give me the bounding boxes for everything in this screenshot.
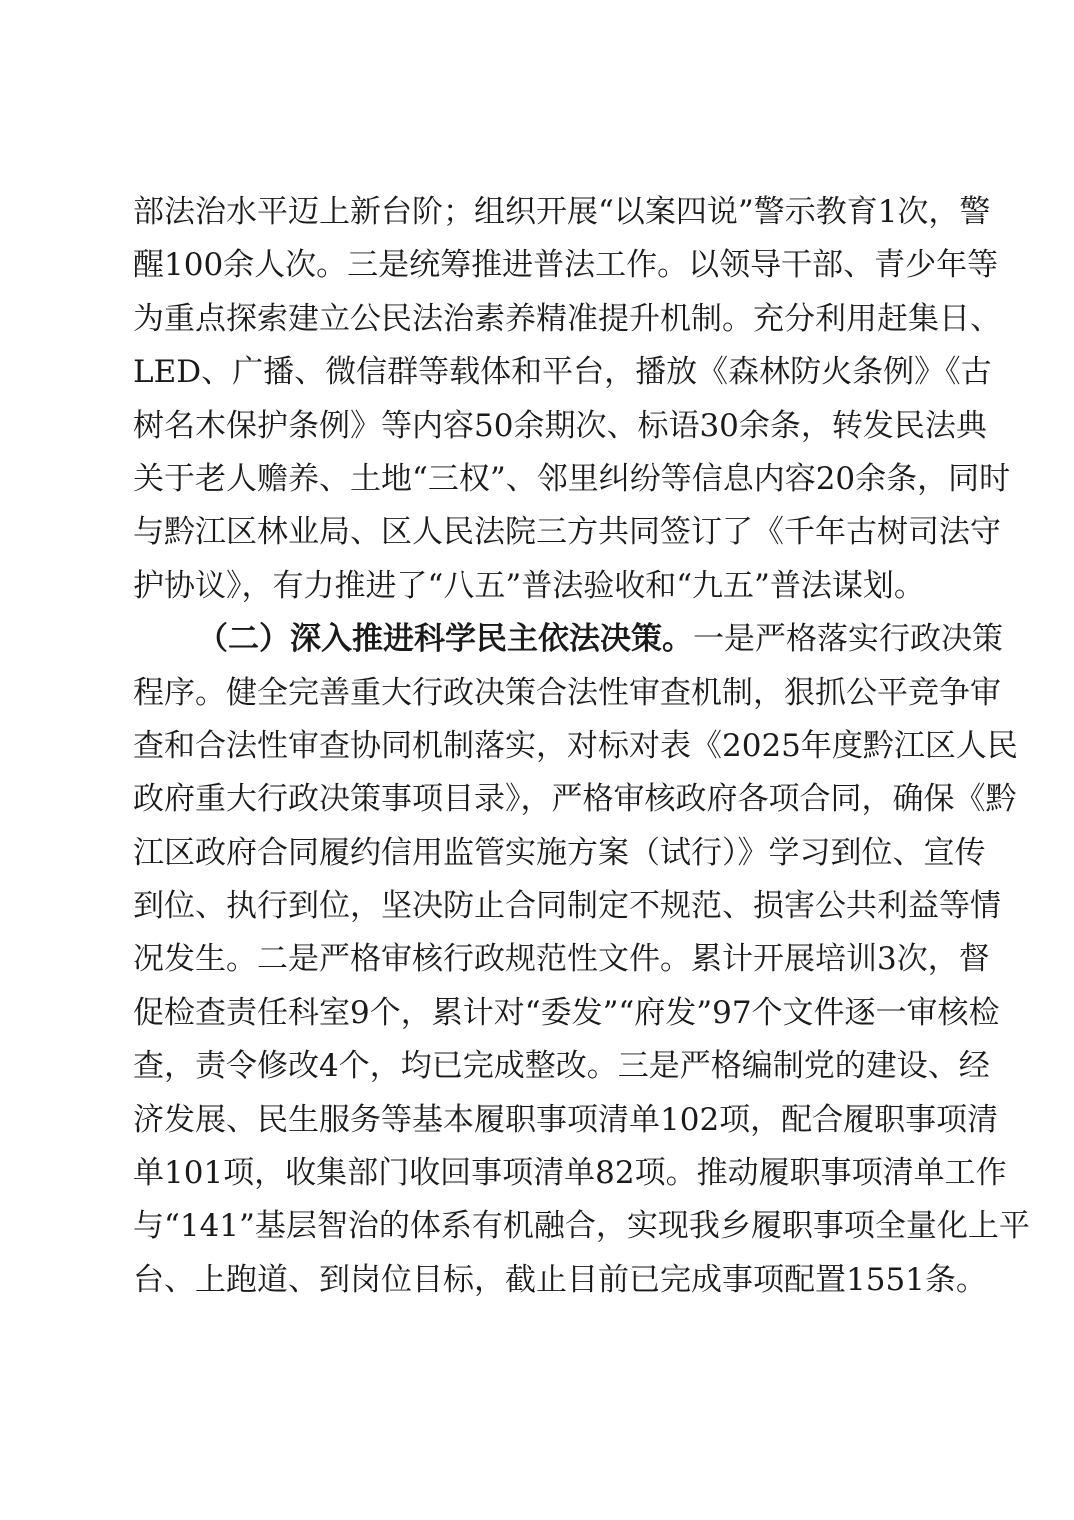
text-line: 台、上跑道、到岗位目标，截止目前已完成事项配置1551条。 xyxy=(133,1254,945,1307)
paragraph-2: （二）深入推进科学民主依法决策。一是严格落实行政决策 程序。健全完善重大行政决策… xyxy=(133,613,945,1307)
text-line: 与“141”基层智治的体系有机融合，实现我乡履职事项全量化上平 xyxy=(133,1200,945,1253)
text-line: 树名木保护条例》等内容50余期次、标语30余条，转发民法典 xyxy=(133,400,945,453)
paragraph-1: 部法治水平迈上新台阶；组织开展“以案四说”警示教育1次，警 醒100余人次。三是… xyxy=(133,186,945,613)
text-line: 促检查责任科室9个，累计对“委发”“府发”97个文件逐一审核检 xyxy=(133,987,945,1040)
text-line: 到位、执行到位，坚决防止合同制定不规范、损害公共利益等情 xyxy=(133,880,945,933)
text-line: 查和合法性审查协同机制落实，对标对表《2025年度黔江区人民 xyxy=(133,720,945,773)
text-line: 况发生。二是严格审核行政规范性文件。累计开展培训3次，督 xyxy=(133,933,945,986)
text-line: 单101项，收集部门收回事项清单82项。推动履职事项清单工作 xyxy=(133,1147,945,1200)
text-line: 与黔江区林业局、区人民法院三方共同签订了《千年古树司法守 xyxy=(133,506,945,559)
text-line: 为重点探索建立公民法治素养精准提升机制。充分利用赶集日、 xyxy=(133,293,945,346)
text-line: LED、广播、微信群等载体和平台，播放《森林防火条例》《古 xyxy=(133,346,945,399)
document-page: 部法治水平迈上新台阶；组织开展“以案四说”警示教育1次，警 醒100余人次。三是… xyxy=(133,186,945,1307)
text-line: 查，责令修改4个，均已完成整改。三是严格编制党的建设、经 xyxy=(133,1040,945,1093)
section-heading-rest: 一是严格落实行政决策 xyxy=(693,621,1003,657)
text-line: 关于老人赡养、土地“三权”、邻里纠纷等信息内容20余条，同时 xyxy=(133,453,945,506)
text-line: 江区政府合同履约信用监管实施方案（试行）》学习到位、宣传 xyxy=(133,827,945,880)
text-line: 醒100余人次。三是统筹推进普法工作。以领导干部、青少年等 xyxy=(133,239,945,292)
section-heading: （二）深入推进科学民主依法决策。 xyxy=(197,621,693,657)
text-line: 部法治水平迈上新台阶；组织开展“以案四说”警示教育1次，警 xyxy=(133,186,945,239)
text-line: 政府重大行政决策事项目录》，严格审核政府各项合同，确保《黔 xyxy=(133,773,945,826)
text-line: 济发展、民生服务等基本履职事项清单102项，配合履职事项清 xyxy=(133,1094,945,1147)
text-line: 程序。健全完善重大行政决策合法性审查机制，狠抓公平竞争审 xyxy=(133,667,945,720)
section-heading-line: （二）深入推进科学民主依法决策。一是严格落实行政决策 xyxy=(133,613,945,666)
text-line: 护协议》，有力推进了“八五”普法验收和“九五”普法谋划。 xyxy=(133,560,945,613)
